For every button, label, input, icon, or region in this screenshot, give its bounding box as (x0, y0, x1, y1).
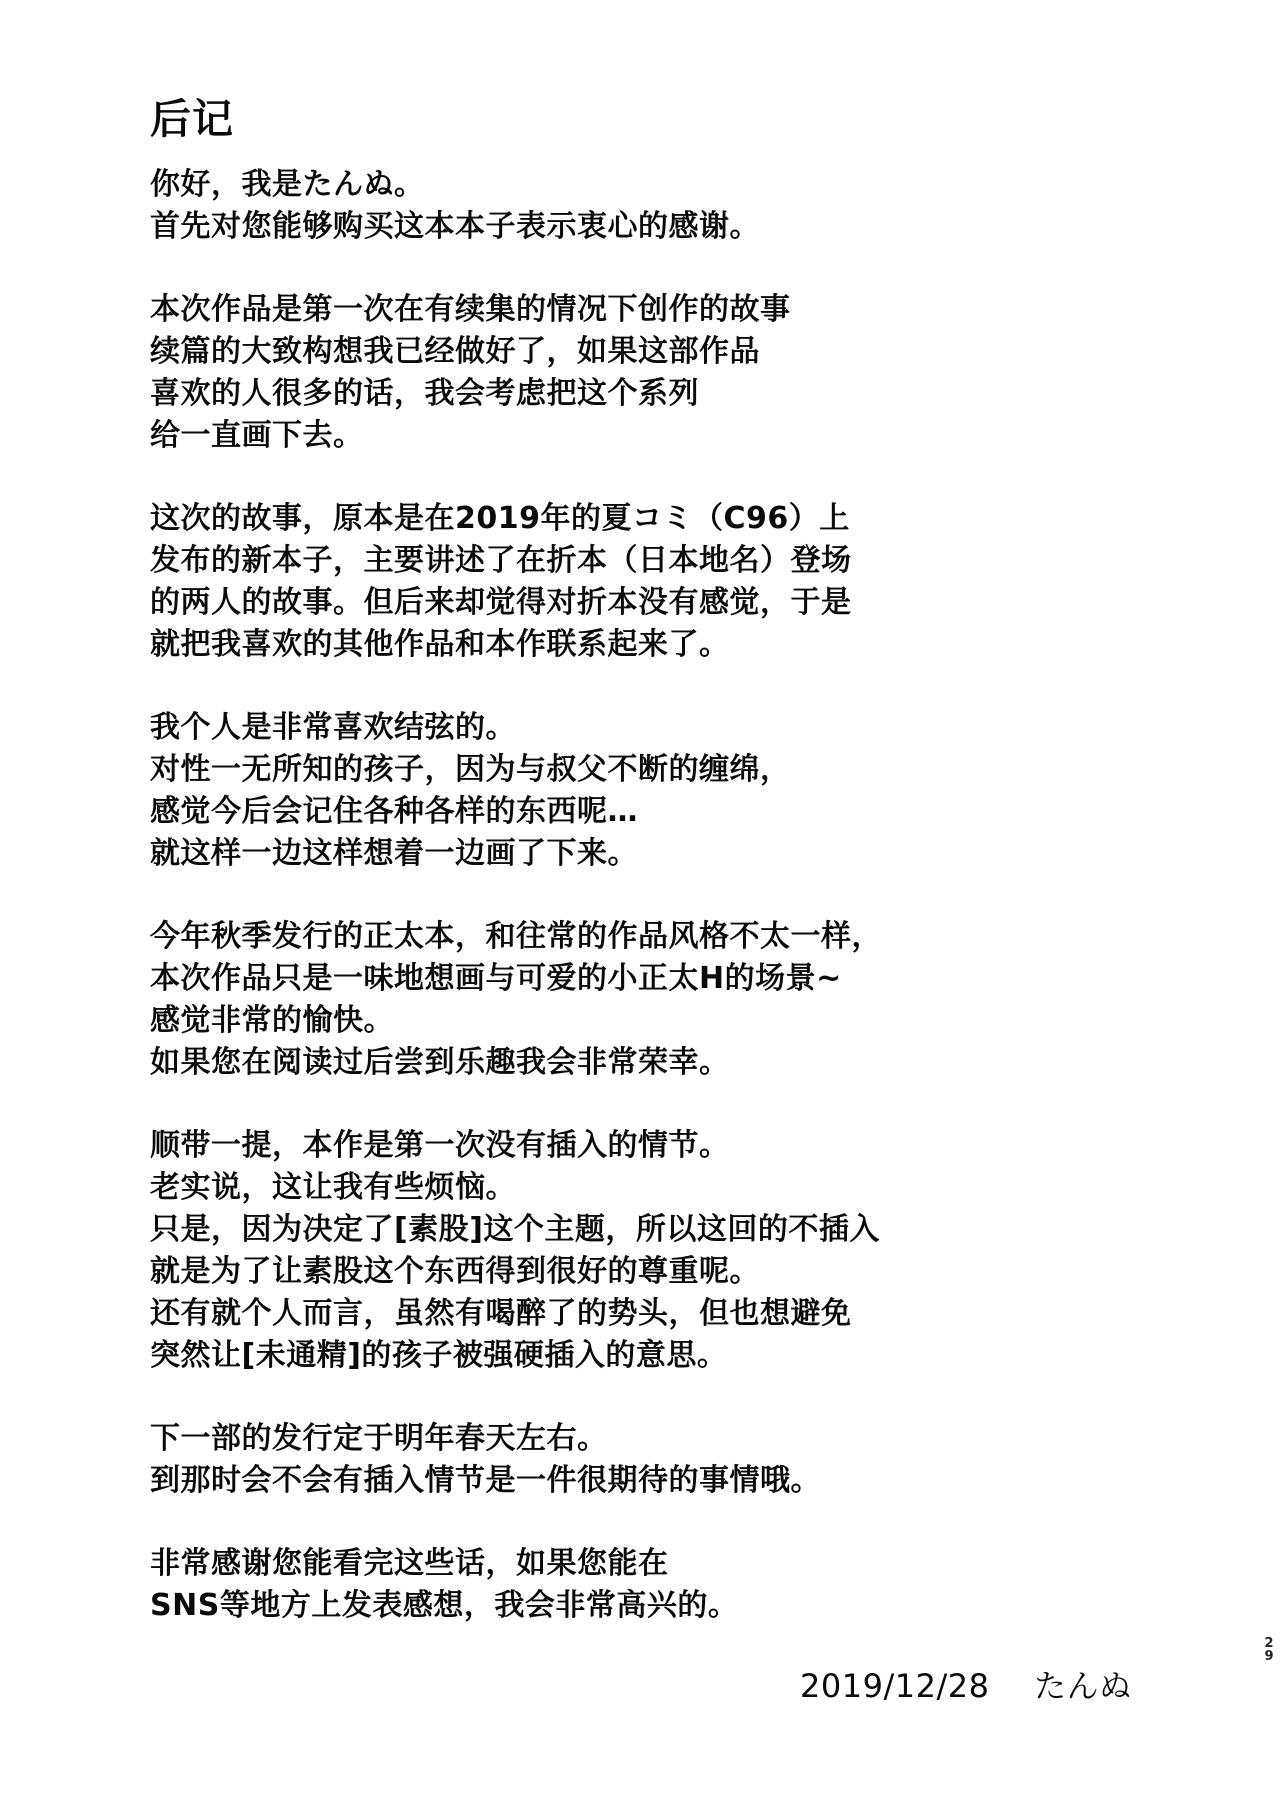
text-line: 突然让[未通精]的孩子被强硬插入的意思。 (150, 1335, 1210, 1377)
signature-author: たんぬ (1034, 1667, 1132, 1705)
text-line: 老实说，这让我有些烦恼。 (150, 1167, 1210, 1209)
text-line: 就把我喜欢的其他作品和本作联系起来了。 (150, 624, 1210, 666)
signature-date: 2019/12/28 (800, 1667, 989, 1705)
text-line: 本次作品是第一次在有续集的情况下创作的故事 (150, 289, 1210, 331)
page-number-digit: 9 (1262, 1650, 1276, 1663)
text-line: 发布的新本子，主要讲述了在折本（日本地名）登场 (150, 540, 1210, 582)
paragraph-sequel: 本次作品是第一次在有续集的情况下创作的故事 续篇的大致构想我已经做好了，如果这部… (150, 289, 1210, 457)
document-page: 后记 你好，我是たんぬ。 首先对您能够购买这本本子表示衷心的感谢。 本次作品是第… (0, 0, 1280, 1807)
text-line: 喜欢的人很多的话，我会考虑把这个系列 (150, 373, 1210, 415)
text-line: 只是，因为决定了[素股]这个主题，所以这回的不插入 (150, 1209, 1210, 1251)
paragraph-thanks: 非常感谢您能看完这些话，如果您能在 SNS等地方上发表感想，我会非常高兴的。 (150, 1543, 1210, 1627)
text-line: 到那时会不会有插入情节是一件很期待的事情哦。 (150, 1460, 1210, 1502)
paragraph-story-origin: 这次的故事，原本是在2019年的夏コミ（C96）上 发布的新本子，主要讲述了在折… (150, 498, 1210, 666)
text-line: SNS等地方上发表感想，我会非常高兴的。 (150, 1585, 1210, 1627)
text-line: 对性一无所知的孩子，因为与叔父不断的缠绵， (150, 749, 1210, 791)
text-line: 首先对您能够购买这本本子表示衷心的感谢。 (150, 206, 1210, 248)
text-line: 续篇的大致构想我已经做好了，如果这部作品 (150, 331, 1210, 373)
signature: 2019/12/28 たんぬ (800, 1666, 1132, 1706)
paragraph-note: 顺带一提，本作是第一次没有插入的情节。 老实说，这让我有些烦恼。 只是，因为决定… (150, 1125, 1210, 1377)
text-line: 你好，我是たんぬ。 (150, 164, 1210, 206)
text-line: 顺带一提，本作是第一次没有插入的情节。 (150, 1125, 1210, 1167)
text-line: 就这样一边这样想着一边画了下来。 (150, 833, 1210, 875)
paragraph-next-release: 下一部的发行定于明年春天左右。 到那时会不会有插入情节是一件很期待的事情哦。 (150, 1418, 1210, 1502)
text-line: 还有就个人而言，虽然有喝醉了的势头，但也想避免 (150, 1293, 1210, 1335)
paragraph-style: 今年秋季发行的正太本，和往常的作品风格不太一样， 本次作品只是一味地想画与可爱的… (150, 916, 1210, 1084)
text-line: 今年秋季发行的正太本，和往常的作品风格不太一样， (150, 916, 1210, 958)
text-line: 下一部的发行定于明年春天左右。 (150, 1418, 1210, 1460)
paragraph-greeting: 你好，我是たんぬ。 首先对您能够购买这本本子表示衷心的感谢。 (150, 164, 1210, 248)
text-line: 这次的故事，原本是在2019年的夏コミ（C96）上 (150, 498, 1210, 540)
text-line: 就是为了让素股这个东西得到很好的尊重呢。 (150, 1251, 1210, 1293)
text-line: 我个人是非常喜欢结弦的。 (150, 707, 1210, 749)
paragraph-character: 我个人是非常喜欢结弦的。 对性一无所知的孩子，因为与叔父不断的缠绵， 感觉今后会… (150, 707, 1210, 875)
text-line: 非常感谢您能看完这些话，如果您能在 (150, 1543, 1210, 1585)
text-line: 如果您在阅读过后尝到乐趣我会非常荣幸。 (150, 1042, 1210, 1084)
page-number: 2 9 (1262, 1637, 1276, 1663)
afterword-body: 你好，我是たんぬ。 首先对您能够购买这本本子表示衷心的感谢。 本次作品是第一次在… (150, 164, 1210, 1668)
text-line: 感觉今后会记住各种各样的东西呢… (150, 791, 1210, 833)
page-title: 后记 (150, 94, 234, 144)
text-line: 感觉非常的愉快。 (150, 1000, 1210, 1042)
text-line: 本次作品只是一味地想画与可爱的小正太H的场景~ (150, 958, 1210, 1000)
text-line: 的两人的故事。但后来却觉得对折本没有感觉，于是 (150, 582, 1210, 624)
text-line: 给一直画下去。 (150, 415, 1210, 457)
